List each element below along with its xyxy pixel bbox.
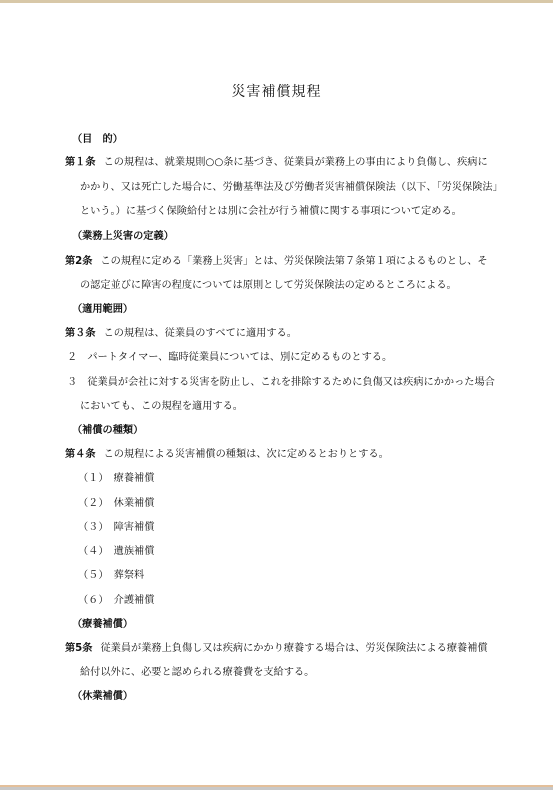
article-number: 第5条: [65, 643, 92, 654]
section-heading: （療養補償）: [72, 618, 133, 632]
article-line: 第１条この規程は、就業規則○○条に基づき、従業員が業務上の事由により負傷し、疾病…: [65, 156, 488, 170]
article-number: 第４条: [65, 449, 96, 460]
article-continuation: という。）に基づく保険給付とは別に会社が行う補償に関する事項について定める。: [80, 205, 462, 219]
document-title: 災害補償規程: [0, 81, 553, 101]
paragraph-line: ２ パートタイマー、臨時従業員については、別に定めるものとする。: [67, 351, 392, 365]
article-number: 第１条: [65, 157, 96, 168]
article-number: 第2条: [65, 256, 92, 267]
section-heading: （補償の種類）: [72, 424, 143, 438]
list-item: （６） 介護補償: [78, 594, 154, 608]
paragraph-line: ３ 従業員が会社に対する災害を防止し、これを排除するために負傷又は疾病にかかった…: [67, 376, 495, 390]
article-text: この規程は、従業員のすべてに適用する。: [104, 328, 297, 339]
article-number: 第３条: [65, 328, 96, 339]
section-heading: （業務上災害の定義）: [72, 230, 174, 244]
section-heading: （適用範囲）: [72, 303, 133, 317]
article-continuation: かかり、又は死亡した場合に、労働基準法及び労働者災害補償保険法（以下、「労災保険…: [80, 181, 503, 195]
list-item: （３） 障害補償: [78, 521, 154, 535]
article-text: この規程に定める「業務上災害」とは、労災保険法第７条第１項によるものとし、そ: [100, 256, 487, 267]
article-line: 第2条この規程に定める「業務上災害」とは、労災保険法第７条第１項によるものとし、…: [65, 255, 488, 269]
section-heading: （休業補償）: [72, 690, 133, 704]
article-text: この規程による災害補償の種類は、次に定めるとおりとする。: [104, 449, 389, 460]
article-line: 第5条従業員が業務上負傷し又は疾病にかかり療養する場合は、労災保険法による療養補…: [65, 642, 488, 656]
article-text: 従業員が業務上負傷し又は疾病にかかり療養する場合は、労災保険法による療養補償: [100, 643, 487, 654]
list-item: （２） 休業補償: [78, 497, 154, 511]
section-heading: （目 的）: [72, 133, 123, 147]
list-item: （５） 葬祭料: [78, 569, 144, 583]
list-item: （４） 遺族補償: [78, 545, 154, 559]
article-continuation: においても、この規程を適用する。: [80, 400, 243, 414]
article-text: この規程は、就業規則○○条に基づき、従業員が業務上の事由により負傷し、疾病に: [104, 157, 488, 168]
page-top-border: [0, 0, 553, 3]
article-line: 第４条この規程による災害補償の種類は、次に定めるとおりとする。: [65, 448, 389, 462]
list-item: （１） 療養補償: [78, 472, 154, 486]
article-line: 第３条この規程は、従業員のすべてに適用する。: [65, 327, 297, 341]
article-continuation: の認定並びに障害の程度については原則として労災保険法の定めるところによる。: [80, 279, 457, 293]
article-continuation: 給付以外に、必要と認められる療養費を支給する。: [80, 666, 314, 680]
